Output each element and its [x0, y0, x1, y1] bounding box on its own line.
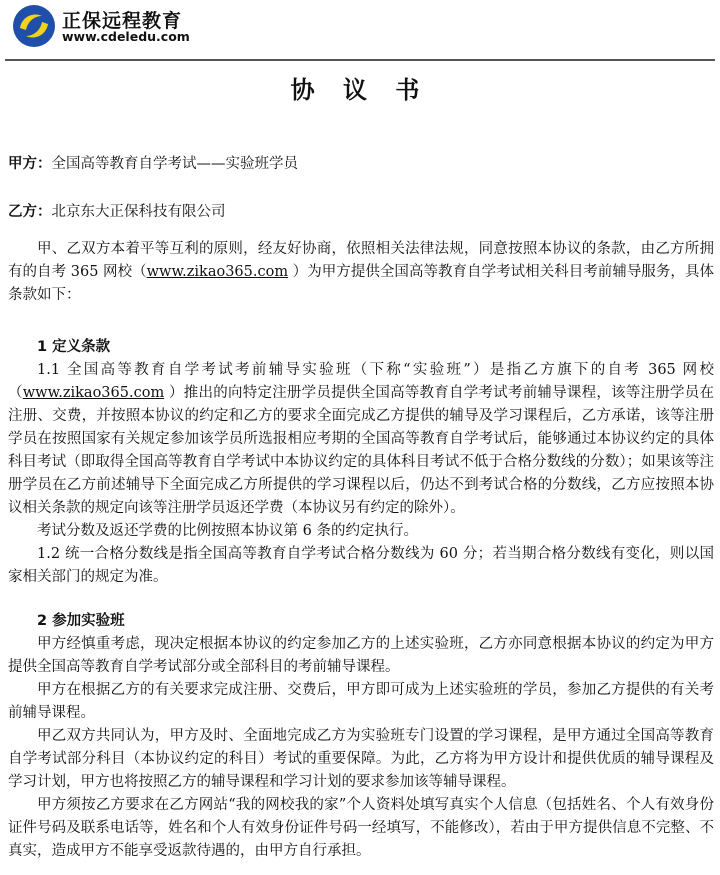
section-2-para-1: 甲方经慎重考虑，现决定根据本协议的约定参加乙方的上述实验班，乙方亦同意根据本协议…: [8, 633, 714, 679]
section-2-para-3: 甲乙双方共同认为，甲方及时、全面地完成乙方为实验班专门设置的学习课程，是甲方通过…: [8, 725, 714, 794]
zikao365-link[interactable]: www.zikao365.com: [147, 264, 288, 280]
clause-1-1-note: 考试分数及返还学费的比例按照本协议第 6 条的约定执行。: [8, 520, 714, 543]
intro-paragraph: 甲、乙双方本着平等互利的原则，经友好协商，依照相关法律法规，同意按照本协议的条款…: [8, 238, 714, 307]
document-title: 协 议 书: [0, 70, 720, 105]
section-2-para-2: 甲方在根据乙方的有关要求完成注册、交费后，甲方即可成为上述实验班的学员，参加乙方…: [8, 679, 714, 725]
zikao365-link-2[interactable]: www.zikao365.com: [23, 385, 164, 401]
brand-url: www.cdeledu.com: [62, 29, 190, 44]
party-a-label: 甲方：: [8, 156, 52, 172]
section-1: 1 定义条款 1.1 全国高等教育自学考试考前辅导实验班（下称“实验班”）是指乙…: [8, 336, 714, 589]
clause-1-1-text-after: ）推出的向特定注册学员提供全国高等教育自学考试考前辅导课程，该等注册学员在注册、…: [8, 385, 714, 516]
party-b: 乙方：北京东大正保科技有限公司: [8, 200, 226, 221]
party-b-value: 北京东大正保科技有限公司: [52, 204, 226, 220]
party-b-label: 乙方：: [8, 204, 52, 220]
section-2-heading: 2 参加实验班: [8, 610, 714, 633]
page-header: 正保远程教育 www.cdeledu.com: [0, 0, 720, 60]
party-a-value: 全国高等教育自学考试——实验班学员: [52, 156, 299, 172]
header-divider: [5, 59, 715, 61]
party-a: 甲方：全国高等教育自学考试——实验班学员: [8, 152, 298, 173]
cdeledu-logo-icon: [12, 4, 56, 48]
section-2: 2 参加实验班 甲方经慎重考虑，现决定根据本协议的约定参加乙方的上述实验班，乙方…: [8, 610, 714, 863]
clause-1-2: 1.2 统一合格分数线是指全国高等教育自学考试合格分数线为 60 分；若当期合格…: [8, 543, 714, 589]
section-1-heading: 1 定义条款: [8, 336, 714, 359]
section-2-para-4: 甲方须按乙方要求在乙方网站“我的网校我的家”个人资料处填写真实个人信息（包括姓名…: [8, 794, 714, 863]
